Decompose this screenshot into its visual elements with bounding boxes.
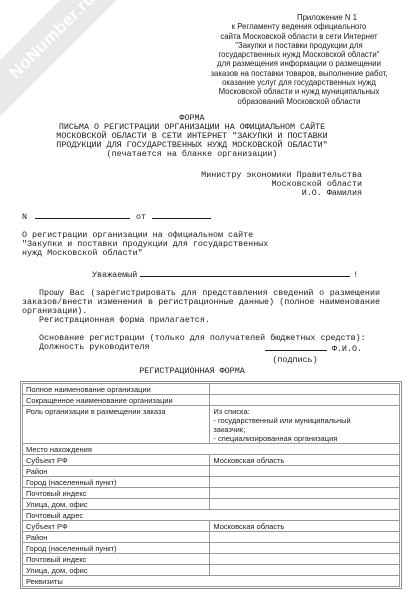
row-label-cell: Улица, дом, офис [23, 499, 210, 510]
table-row: Субъект РФ Московская область [23, 455, 400, 466]
section-label-cell: Место нахождения [23, 444, 400, 455]
row-label-cell: Сокращенное наименование организации [23, 395, 210, 406]
signature-row: Должность руководителя Ф.И.О. (подпись) [22, 343, 362, 365]
appendix-line: "Закупки и поставки продукции для [200, 41, 398, 50]
addressee-block: Министру экономики Правительства Московс… [22, 171, 362, 198]
table-row: Район [23, 532, 400, 543]
table-row: Почтовый индекс [23, 554, 400, 565]
table-row: Улица, дом, офис [23, 499, 400, 510]
table-row: Город (населенный пункт) [23, 543, 400, 554]
row-value-cell [210, 477, 400, 488]
signature-block: Ф.И.О. (подпись) [264, 343, 362, 365]
row-label-cell: Город (населенный пункт) [23, 477, 210, 488]
appendix-line: заказов на поставки товаров, выполнение … [200, 69, 398, 78]
appendix-number: Приложение N 1 [256, 13, 398, 22]
fio-label: Ф.И.О. [332, 344, 362, 354]
document-number-line: Nот [22, 211, 380, 222]
table-row: Роль организации в размещении заказа Из … [23, 406, 400, 444]
date-label: от [136, 212, 146, 222]
table-row: Почтовый индекс [23, 488, 400, 499]
row-label-cell: Район [23, 466, 210, 477]
table-row: Полное наименование организации [23, 384, 400, 395]
row-value-cell [210, 384, 400, 395]
appendix-line: сайта Московской области в сети Интернет [200, 32, 398, 41]
appendix-line: Московской области и нужд муниципальных [200, 87, 398, 96]
table-section-row: Почтовый адрес [23, 510, 400, 521]
table-row: Сокращенное наименование организации [23, 395, 400, 406]
row-value-cell: Московская область [210, 455, 400, 466]
row-label-cell: Район [23, 532, 210, 543]
appendix-line: к Регламенту ведения официального [200, 22, 398, 31]
row-value-cell: Московская область [210, 521, 400, 532]
value-line: - специализированная организация [213, 434, 396, 443]
registration-table-frame: Полное наименование организации Сокращен… [20, 381, 402, 589]
registration-form-title: РЕГИСТРАЦИОННАЯ ФОРМА [22, 367, 362, 376]
row-value-cell [210, 499, 400, 510]
section-label-cell: Почтовый адрес [23, 510, 400, 521]
row-label-cell: Почтовый индекс [23, 554, 210, 565]
subject-line: нужд Московской области" [22, 249, 380, 258]
salutation-line: Уважаемый! [22, 269, 380, 280]
registration-table: Полное наименование организации Сокращен… [22, 383, 400, 587]
row-value-cell: Из списка:- государственный или муниципа… [210, 406, 400, 444]
document-page: NoNumber.ru Приложение N 1 к Регламенту … [0, 0, 420, 600]
row-label-cell: Город (населенный пункт) [23, 543, 210, 554]
row-label-cell: Субъект РФ [23, 521, 210, 532]
date-blank [152, 211, 211, 219]
row-label-cell: Субъект РФ [23, 455, 210, 466]
row-label-cell: Роль организации в размещении заказа [23, 406, 210, 444]
table-row: Район [23, 466, 400, 477]
appendix-line: для размещения информации о размещении [200, 59, 398, 68]
appendix-header: Приложение N 1 к Регламенту ведения офиц… [200, 13, 398, 106]
appendix-line: государственных нужд Московской области" [200, 50, 398, 59]
section-label-cell: Реквизиты [23, 576, 400, 587]
table-row: Город (населенный пункт) [23, 477, 400, 488]
signature-line: Ф.И.О. [265, 343, 362, 354]
table-row: Улица, дом, офис [23, 565, 400, 576]
salutation-punctuation: ! [353, 270, 358, 280]
salutation-text: Уважаемый [92, 270, 137, 280]
signature-blank [265, 343, 327, 351]
row-value-cell [210, 554, 400, 565]
row-value-cell [210, 488, 400, 499]
addressee-line: И.О. Фамилия [22, 189, 362, 198]
row-label-cell: Улица, дом, офис [23, 565, 210, 576]
subject-block: О регистрации организации на официальном… [22, 231, 380, 258]
row-value-cell [210, 565, 400, 576]
number-label: N [22, 212, 27, 222]
value-line: Из списка: [213, 407, 396, 416]
document-body: ФОРМА ПИСЬМА О РЕГИСТРАЦИИ ОРГАНИЗАЦИИ Н… [22, 114, 380, 589]
position-label: Должность руководителя [22, 343, 150, 365]
number-blank [35, 211, 130, 219]
attachment-note: Регистрационная форма прилагается. [22, 316, 380, 325]
form-title: ФОРМА ПИСЬМА О РЕГИСТРАЦИИ ОРГАНИЗАЦИИ Н… [22, 114, 362, 159]
table-section-row: Реквизиты [23, 576, 400, 587]
row-value-cell [210, 543, 400, 554]
row-label-cell: Полное наименование организации [23, 384, 210, 395]
value-line: заказчик; [213, 425, 396, 434]
salutation-blank [140, 269, 350, 277]
appendix-line: образований Московской области [200, 97, 398, 106]
row-value-cell [210, 466, 400, 477]
row-value-cell [210, 395, 400, 406]
form-title-note: (печатается на бланке организации) [22, 150, 362, 159]
body-paragraph: Прошу Вас (зарегистрировать для представ… [22, 289, 380, 316]
table-section-row: Место нахождения [23, 444, 400, 455]
appendix-line: оказание услуг для государственных нужд [200, 78, 398, 87]
signature-caption: (подпись) [264, 356, 326, 365]
watermark-text: NoNumber.ru [5, 0, 99, 83]
value-line: - государственный или муниципальный [213, 416, 396, 425]
row-value-cell [210, 532, 400, 543]
table-row: Субъект РФ Московская область [23, 521, 400, 532]
row-label-cell: Почтовый индекс [23, 488, 210, 499]
watermark-band: NoNumber.ru [0, 0, 143, 126]
